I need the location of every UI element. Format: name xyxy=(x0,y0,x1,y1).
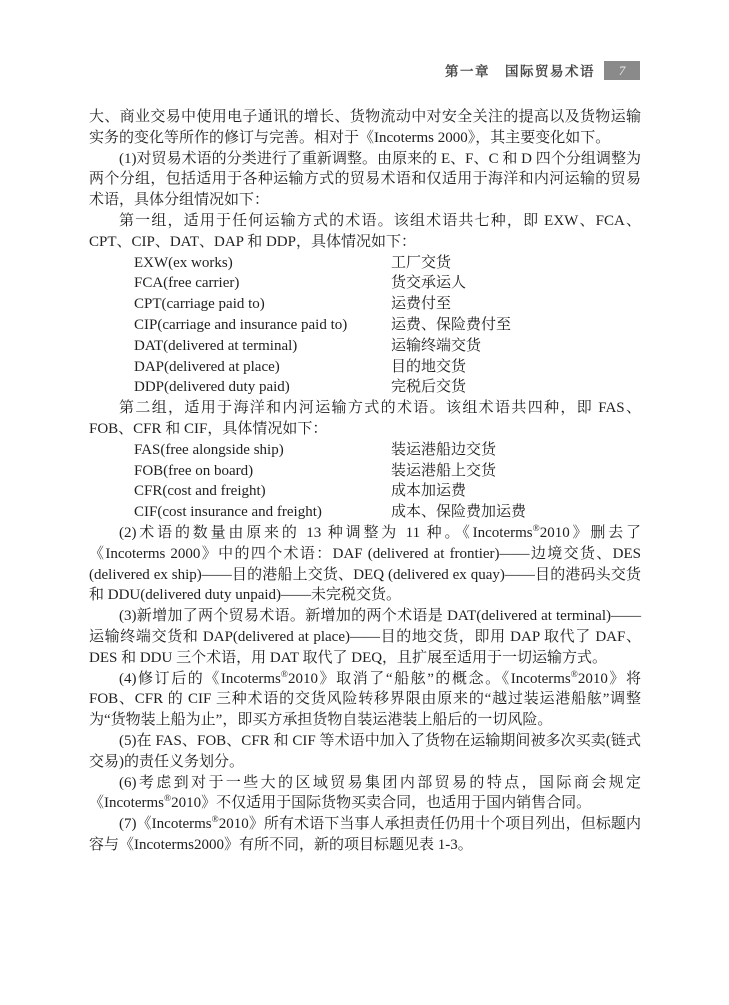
term-description: 成本、保险费加运费 xyxy=(391,502,641,523)
term-description: 装运港船边交货 xyxy=(391,440,641,461)
page-number-badge: 7 xyxy=(604,61,640,80)
paragraph-group2-intro: 第二组，适用于海洋和内河运输方式的术语。该组术语共四种，即 FAS、FOB、CF… xyxy=(89,398,641,440)
term-row: DAT(delivered at terminal) 运输终端交货 xyxy=(134,336,641,357)
term-description: 货交承运人 xyxy=(391,273,641,294)
term-row: EXW(ex works) 工厂交货 xyxy=(134,253,641,274)
paragraph-intro: 大、商业交易中使用电子通讯的增长、货物流动中对安全关注的提高以及货物运输实务的变… xyxy=(89,107,641,149)
term-code: DAT(delivered at terminal) xyxy=(134,336,391,357)
term-description: 运输终端交货 xyxy=(391,336,641,357)
term-code: CPT(carriage paid to) xyxy=(134,294,391,315)
term-code: FCA(free carrier) xyxy=(134,273,391,294)
term-row: CFR(cost and freight) 成本加运费 xyxy=(134,481,641,502)
chapter-title: 第一章 国际贸易术语 xyxy=(445,60,595,80)
term-description: 运费付至 xyxy=(391,294,641,315)
paragraph-4: (4)修订后的《Incoterms®2010》取消了“船舷”的概念。《Incot… xyxy=(89,669,641,731)
paragraph-2: (2)术语的数量由原来的 13 种调整为 11 种。《Incoterms®201… xyxy=(89,523,641,606)
paragraph-group1-intro: 第一组，适用于任何运输方式的术语。该组术语共七种，即 EXW、FCA、CPT、C… xyxy=(89,211,641,253)
paragraph-6: (6)考虑到对于一些大的区域贸易集团内部贸易的特点，国际商会规定《Incoter… xyxy=(89,773,641,815)
registered-trademark-symbol: ® xyxy=(571,670,578,680)
term-list-group1: EXW(ex works) 工厂交货 FCA(free carrier) 货交承… xyxy=(89,253,641,399)
term-list-group2: FAS(free alongside ship) 装运港船边交货 FOB(fre… xyxy=(89,440,641,523)
term-row: FCA(free carrier) 货交承运人 xyxy=(134,273,641,294)
term-code: FOB(free on board) xyxy=(134,461,391,482)
registered-trademark-symbol: ® xyxy=(164,794,171,804)
page-body: 大、商业交易中使用电子通讯的增长、货物流动中对安全关注的提高以及货物运输实务的变… xyxy=(89,107,641,856)
term-code: DAP(delivered at place) xyxy=(134,357,391,378)
paragraph-3: (3)新增加了两个贸易术语。新增加的两个术语是 DAT(delivered at… xyxy=(89,606,641,668)
term-description: 运费、保险费付至 xyxy=(391,315,641,336)
term-code: FAS(free alongside ship) xyxy=(134,440,391,461)
term-description: 成本加运费 xyxy=(391,481,641,502)
term-row: CPT(carriage paid to) 运费付至 xyxy=(134,294,641,315)
book-page: 第一章 国际贸易术语 7 大、商业交易中使用电子通讯的增长、货物流动中对安全关注… xyxy=(0,0,729,1005)
term-row: FAS(free alongside ship) 装运港船边交货 xyxy=(134,440,641,461)
paragraph-7: (7)《Incoterms®2010》所有术语下当事人承担责任仍用十个项目列出，… xyxy=(89,814,641,856)
registered-trademark-symbol: ® xyxy=(533,524,540,534)
term-row: DDP(delivered duty paid) 完税后交货 xyxy=(134,377,641,398)
term-description: 目的地交货 xyxy=(391,357,641,378)
term-code: EXW(ex works) xyxy=(134,253,391,274)
term-row: CIF(cost insurance and freight) 成本、保险费加运… xyxy=(134,502,641,523)
term-description: 装运港船上交货 xyxy=(391,461,641,482)
registered-trademark-symbol: ® xyxy=(212,815,219,825)
term-description: 工厂交货 xyxy=(391,253,641,274)
term-code: CIP(carriage and insurance paid to) xyxy=(134,315,391,336)
term-row: DAP(delivered at place) 目的地交货 xyxy=(134,357,641,378)
term-description: 完税后交货 xyxy=(391,377,641,398)
registered-trademark-symbol: ® xyxy=(281,670,288,680)
term-code: DDP(delivered duty paid) xyxy=(134,377,391,398)
running-header: 第一章 国际贸易术语 7 xyxy=(89,60,640,80)
term-code: CFR(cost and freight) xyxy=(134,481,391,502)
paragraph-1: (1)对贸易术语的分类进行了重新调整。由原来的 E、F、C 和 D 四个分组调整… xyxy=(89,149,641,211)
term-row: FOB(free on board) 装运港船上交货 xyxy=(134,461,641,482)
term-code: CIF(cost insurance and freight) xyxy=(134,502,391,523)
paragraph-5: (5)在 FAS、FOB、CFR 和 CIF 等术语中加入了货物在运输期间被多次… xyxy=(89,731,641,773)
term-row: CIP(carriage and insurance paid to) 运费、保… xyxy=(134,315,641,336)
